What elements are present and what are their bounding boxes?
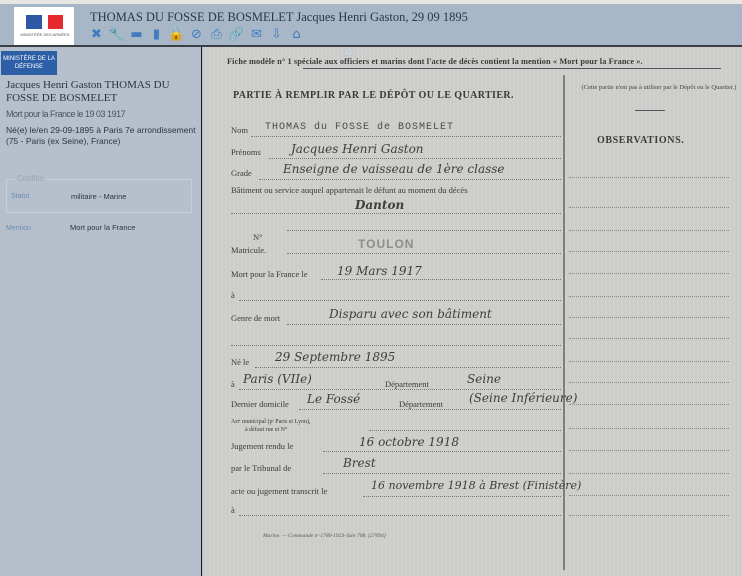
- republic-logo: MINISTÈRE DES ARMÉES: [14, 7, 74, 45]
- transcription-place-line: [239, 515, 561, 516]
- fieldset-legend: Conflits: [15, 174, 46, 183]
- nom-value: THOMAS du FOSSE de BOSMELET: [265, 122, 454, 133]
- obs-line: [569, 273, 729, 274]
- mpf-date: Mort pour la France le 19 03 1917: [6, 109, 125, 119]
- link-icon[interactable]: 🔗: [228, 27, 245, 43]
- obs-line: [569, 404, 729, 405]
- prenoms-label: Prénoms: [231, 147, 261, 157]
- obs-line: [569, 473, 729, 474]
- obs-line: [569, 338, 729, 339]
- domicile-dept-value: (Seine Inférieure): [469, 391, 577, 405]
- matricule-stamp: TOULON: [358, 237, 414, 251]
- batiment-line: [231, 213, 561, 214]
- portrait-page-icon[interactable]: ▮: [148, 27, 165, 43]
- expand-handle-icon[interactable]: ⌂: [341, 47, 357, 57]
- mpf-value: 19 Mars 1917: [337, 264, 422, 278]
- flag-red: [48, 15, 63, 29]
- obs-line: [569, 515, 729, 516]
- genre-label: Genre de mort: [231, 313, 280, 323]
- jugement-line: [323, 451, 561, 452]
- nom-label: Nom: [231, 125, 248, 135]
- wrench-icon[interactable]: 🔧: [108, 27, 125, 43]
- prenoms-value: Jacques Henri Gaston: [291, 142, 424, 156]
- obs-line: [569, 296, 729, 297]
- print-footer-note: Marine. — Commande nᵒ 1780-1923-Juin 708…: [263, 533, 386, 539]
- flag-blue: [26, 15, 42, 29]
- close-icon[interactable]: ✖: [88, 27, 105, 43]
- acte-label: acte ou jugement transcrit le: [231, 486, 327, 496]
- obs-line: [569, 495, 729, 496]
- arr-line: [369, 430, 561, 431]
- acte-line: [363, 496, 561, 497]
- birth-place-line: [239, 389, 561, 390]
- obs-line: [569, 317, 729, 318]
- observations-note: (Cette partie n'est pas à utiliser par l…: [579, 84, 739, 92]
- birth-dept-value: Seine: [467, 372, 501, 386]
- record-title: THOMAS DU FOSSE DE BOSMELET Jacques Henr…: [90, 10, 468, 25]
- obs-line: [569, 251, 729, 252]
- prenoms-line: [269, 158, 561, 159]
- fiche-underline: [303, 68, 721, 69]
- fiche-header: Fiche modèle n° 1 spéciale aux officiers…: [227, 57, 643, 66]
- obs-line: [569, 230, 729, 231]
- transcription-place-label: à: [231, 505, 235, 515]
- column-divider: [563, 75, 565, 570]
- birth-date-line: [255, 367, 561, 368]
- matricule-line-bottom: [287, 253, 561, 254]
- conflicts-fieldset: Conflits Statut militaire - Marine: [6, 179, 192, 213]
- death-place-line: [239, 300, 561, 301]
- home-icon[interactable]: ⌂: [288, 27, 305, 43]
- arr-label-2: à défaut rue et N°: [245, 427, 287, 434]
- nom-line: [251, 136, 561, 137]
- birth-date-label: Né le: [231, 357, 249, 367]
- tribunal-line: [323, 473, 561, 474]
- obs-line: [569, 177, 729, 178]
- domicile-line: [299, 409, 561, 410]
- mpf-label: Mort pour la France le: [231, 269, 307, 279]
- tribunal-label: par le Tribunal de: [231, 463, 291, 473]
- batiment-label: Bâtiment ou service auquel appartenait l…: [231, 185, 468, 195]
- grade-line: [259, 179, 561, 180]
- birth-place-label: à: [231, 379, 235, 389]
- jugement-label: Jugement rendu le: [231, 441, 293, 451]
- genre-line-2: [231, 345, 561, 346]
- batiment-value: Danton: [355, 198, 404, 212]
- birth-date-value: 29 Septembre 1895: [275, 350, 395, 364]
- tribunal-value: Brest: [343, 456, 376, 470]
- observations-rule: [635, 110, 665, 111]
- landscape-page-icon[interactable]: ▬: [128, 27, 145, 43]
- birth-dept-label: Département: [385, 379, 429, 389]
- ministry-badge: MINISTÈRE DE LA DÉFENSE: [1, 51, 57, 75]
- domicile-value: Le Fossé: [307, 392, 360, 406]
- logo-text: MINISTÈRE DES ARMÉES: [20, 32, 70, 37]
- obs-line: [569, 361, 729, 362]
- matricule-label-no: N°: [253, 232, 263, 242]
- birth-place-value: Paris (VIIe): [243, 372, 312, 386]
- genre-value: Disparu avec son bâtiment: [329, 307, 492, 321]
- matricule-line-top: [287, 230, 561, 231]
- observations-title: OBSERVATIONS.: [597, 135, 684, 146]
- genre-line: [287, 324, 561, 325]
- obs-line: [569, 207, 729, 208]
- person-name: Jacques Henri Gaston THOMAS DU FOSSE DE …: [6, 79, 196, 105]
- arr-label-1: Arrᵗ municipal (pʳ Paris et Lyon),: [231, 419, 310, 426]
- forbidden-icon[interactable]: ⊘: [188, 27, 205, 43]
- birth-info: Né(e) le/en 29-09-1895 à Paris 7e arrond…: [6, 125, 196, 147]
- grade-value: Enseigne de vaisseau de 1ère classe: [283, 162, 505, 176]
- mention-value: Mort pour la France: [70, 223, 135, 232]
- status-value: militaire - Marine: [71, 192, 126, 201]
- obs-line: [569, 428, 729, 429]
- status-label: Statut: [11, 193, 29, 200]
- toolbar: ✖ 🔧 ▬ ▮ 🔒 ⊘ ⎙ 🔗 ✉ ⇩ ⌂: [88, 27, 305, 43]
- lock-icon[interactable]: 🔒: [168, 27, 185, 43]
- obs-line: [569, 382, 729, 383]
- document-viewer[interactable]: ⌂ Fiche modèle n° 1 spéciale aux officie…: [203, 47, 742, 576]
- download-icon[interactable]: ⇩: [268, 27, 285, 43]
- acte-value: 16 novembre 1918 à Brest (Finistère): [371, 479, 581, 492]
- mention-label: Mention: [6, 225, 31, 232]
- domicile-dept-label: Département: [399, 399, 443, 409]
- death-place-label: à: [231, 290, 235, 300]
- part-title: PARTIE À REMPLIR PAR LE DÉPÔT OU LE QUAR…: [233, 90, 514, 101]
- viewer-header: MINISTÈRE DES ARMÉES THOMAS DU FOSSE DE …: [0, 4, 742, 47]
- grade-label: Grade: [231, 168, 252, 178]
- matricule-label: Matricule.: [231, 245, 266, 255]
- record-sidebar: MINISTÈRE DE LA DÉFENSE Jacques Henri Ga…: [0, 47, 202, 576]
- mpf-line: [321, 279, 561, 280]
- jugement-value: 16 octobre 1918: [359, 435, 459, 449]
- mail-icon[interactable]: ✉: [248, 27, 265, 43]
- domicile-label: Dernier domicile: [231, 399, 289, 409]
- obs-line: [569, 450, 729, 451]
- print-icon[interactable]: ⎙: [208, 27, 225, 43]
